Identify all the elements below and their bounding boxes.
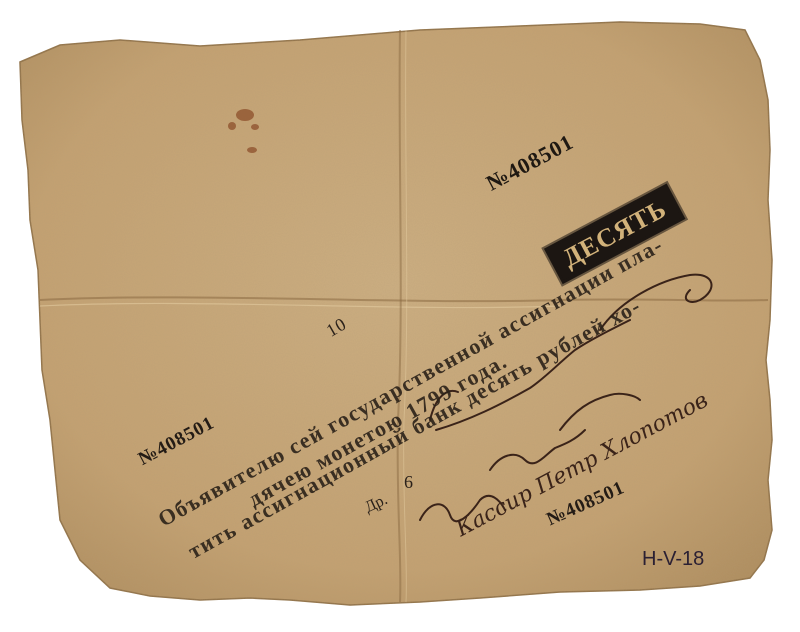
mark-six: 6 (404, 472, 413, 493)
paper-sheet (0, 0, 800, 632)
banknote-scan: №408501 10 Объявителю сей государственно… (0, 0, 800, 632)
handwritten-date: Н-V-18 (642, 548, 704, 571)
